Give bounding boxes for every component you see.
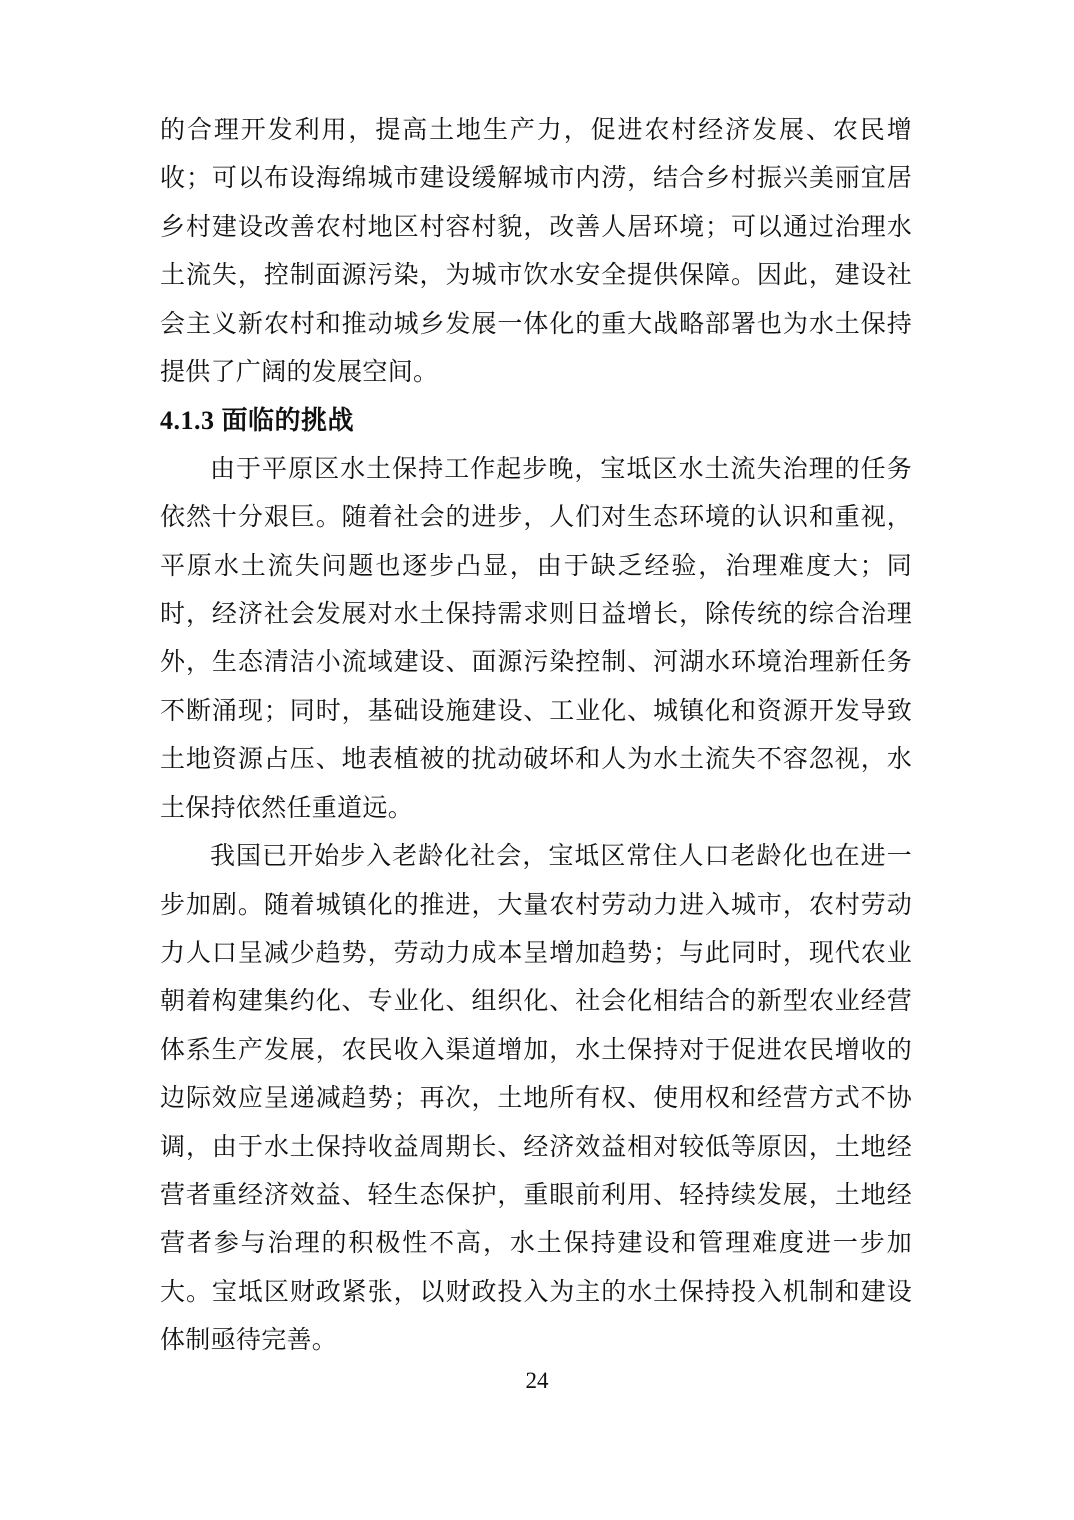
section-heading-4-1-3: 4.1.3 面临的挑战 [160, 397, 912, 445]
text-block: 的合理开发利用，提高土地生产力，促进农村经济发展、农民增收；可以布设海绵城市建设… [160, 107, 912, 1366]
paragraph-challenges-governance: 由于平原区水土保持工作起步晚，宝坻区水土流失治理的任务依然十分艰巨。随着社会的进… [160, 446, 912, 833]
document-page: 的合理开发利用，提高土地生产力，促进农村经济发展、农民增收；可以布设海绵城市建设… [0, 0, 1074, 1520]
paragraph-development-space: 的合理开发利用，提高土地生产力，促进农村经济发展、农民增收；可以布设海绵城市建设… [160, 107, 912, 397]
paragraph-challenges-aging-society: 我国已开始步入老龄化社会，宝坻区常住人口老龄化也在进一步加剧。随着城镇化的推进，… [160, 833, 912, 1365]
page-number: 24 [0, 1368, 1074, 1394]
